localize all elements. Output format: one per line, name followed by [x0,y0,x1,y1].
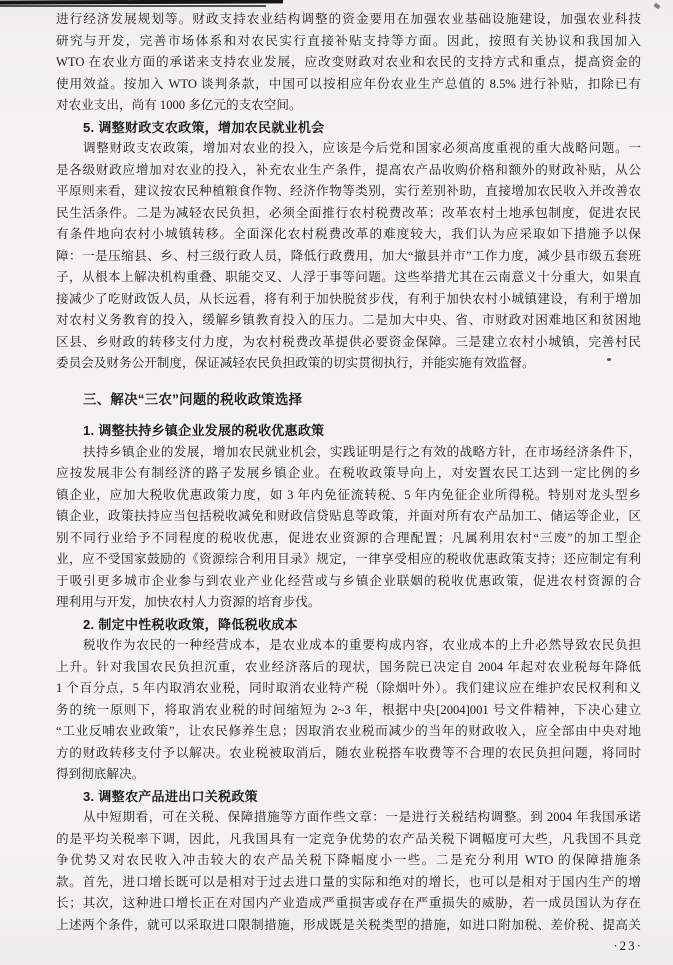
item-heading: 3. 调整农产品进出口关税政策 [56,786,641,808]
scan-artifact-top-line [0,0,283,4]
text-line: WTO 在农业方面的承诺来支持农业发展，应改变财政对农业和农民的支持方式和重点，… [56,52,641,74]
text-line: 税收作为农民的一种经营成本，是农业成本的重要构成内容，农业成本的上升必然导致农民… [56,635,641,657]
text-line: 理利用与开发，加快农村人力资源的培育步伐。 [56,592,641,614]
page-number: ·23· [613,938,643,954]
text-line: 区县、乡财政的转移支付力度，为农村税费改革提供必要资金保障。三是建立农村小城镇，… [56,332,641,354]
text-line: 争优势又对农民收入冲击较大的农产品关税下降幅度小一些。二是充分利用 WTO 的保… [56,850,641,872]
text-line: 是各级财政应增加对农业的投入，补充农业生产条件，提高农产品收购价格和额外的财政补… [56,160,641,182]
text-line: 方的财政转移支付予以解决。农业税被取消后，随农业税搭车收费等不合理的农民负担问题… [56,743,641,765]
scan-artifact-top-line-secondary [0,5,266,7]
document-page: 进行经济发展规划等。财政支持农业结构调整的资金要用在加强农业基础设施建设，加强农… [0,0,673,965]
item-heading: 2. 制定中性税收政策，降低税收成本 [56,614,641,636]
text-line: 研究与开发，完善市场体系和对农民实行直接补贴支持等方面。因此，按照有关协议和我国… [56,31,641,53]
text-line: 于吸引更多城市企业参与到农业产业化经营或与乡镇企业联姻的税收优惠政策，促进农村资… [56,571,641,593]
text-line: 的是平均关税率下调，因此，凡我国具有一定竞争优势的农产品关税下调幅度可大些，凡我… [56,829,641,851]
text-line: 上述两个条件，就可以采取进口限制措施，形成既是关税类型的措施，如进口附加税、差价… [56,915,641,937]
text-line: 民生活条件。二是为减轻农民负担，必须全面推行农村税费改革；改革农村土地承包制度，… [56,203,641,225]
text-line: 委员会及财务公开制度，保证减轻农民负担政策的切实贯彻执行，并能实施有效监督。 [56,353,641,375]
text-line: 对农村义务教育的投入，缓解乡镇教育投入的压力。二是加大中央、省、市财政对困难地区… [56,310,641,332]
text-line: 得到彻底解决。 [56,764,641,786]
text-line: 有条件地向农村小城镇转移。全面深化农村税费改革的难度较大，我们认为应采取如下措施… [56,224,641,246]
text-line: 镇企业，应加大税收优惠政策力度，如 3 年内免征流转税、5 年内免征企业所得税。… [56,485,641,507]
text-line: 款。首先，进口增长既可以是相对于过去进口量的实际和绝对的增长，也可以是相对于国内… [56,872,641,894]
text-line: 子，从根本上解决机构重叠、职能交叉、人浮于事等问题。这些举措尤其在云南意义十分重… [56,267,641,289]
item-heading: 5. 调整财政支农政策，增加农民就业机会 [56,117,641,139]
para: 扶持乡镇企业的发展，增加农民就业机会，实践证明是行之有效的战略方针，在市场经济条… [56,442,641,614]
text-line: 长；其次，这种进口增长正在对国内产业造成严重损害或存在严重损失的威胁，若一成员国… [56,893,641,915]
item-heading: 1. 调整扶持乡镇企业发展的税收优惠政策 [56,420,641,442]
text-line: 应按发展非公有制经济的路子发展乡镇企业。在税收政策导向上，对安置农民工达到一定比… [56,463,641,485]
para: 税收作为农民的一种经营成本，是农业成本的重要构成内容，农业成本的上升必然导致农民… [56,635,641,786]
text-line: 接减少了吃财政饭人员，从长远看，将有利于加快脱贫步伐，有利于加快农村小城镇建设，… [56,289,641,311]
text-line: “工业反哺农业政策”，让农民修养生息；因取消农业税而减少的当年的财政收入，应全部… [56,721,641,743]
section-heading: 三、解决“三农”问题的税收政策选择 [56,389,641,411]
text-line: 调整财政支农政策，增加对农业的投入，应该是今后党和国家必须高度重视的重大战略问题… [56,138,641,160]
text-block: 进行经济发展规划等。财政支持农业结构调整的资金要用在加强农业基础设施建设，加强农… [56,9,641,936]
text-line: 进行经济发展规划等。财政支持农业结构调整的资金要用在加强农业基础设施建设，加强农… [56,9,641,31]
para-cont: 进行经济发展规划等。财政支持农业结构调整的资金要用在加强农业基础设施建设，加强农… [56,9,641,117]
text-line: 镇企业，政策扶持应当包括税收减免和财政信贷贴息等政策，并面对所有农产品加工、储运… [56,506,641,528]
text-line: 扶持乡镇企业的发展，增加农民就业机会，实践证明是行之有效的战略方针，在市场经济条… [56,442,641,464]
text-line: 务的统一原则下，将取消农业税的时间缩短为 2~3 年，根据中央[2004]001… [56,700,641,722]
text-line: 从中短期看，可在关税、保障措施等方面作些文章：一是进行关税结构调整。到 2004… [56,807,641,829]
text-line: 使用效益。按加入 WTO 谈判条款，中国可以按相应年份农业生产总值的 8.5% … [56,74,641,96]
para: 从中短期看，可在关税、保障措施等方面作些文章：一是进行关税结构调整。到 2004… [56,807,641,936]
text-line: 平原则来看，建议按农民种植粮食作物、经济作物等类别，实行差别补助，直接增加农民收… [56,181,641,203]
text-line: 障：一是压缩县、乡、村三级行政人员，降低行政费用，加大“撤县并市”工作力度，减少… [56,246,641,268]
text-line: 业，应不受国家鼓励的《资源综合利用目录》规定，一律享受相应的税收优惠政策支持；还… [56,549,641,571]
text-line: 对农业支出，尚有 1000 多亿元的支农空间。 [56,95,641,117]
text-line: 1 个百分点，5 年内取消农业税，同时取消农业特产税（除烟叶外）。我们建议应在维… [56,678,641,700]
para: 调整财政支农政策，增加对农业的投入，应该是今后党和国家必须高度重视的重大战略问题… [56,138,641,375]
text-line: 别不同行业给予不同程度的税收优惠，促进农业资源的合理配置；凡属利用农村“三废”的… [56,528,641,550]
scan-artifact-speck [653,3,660,10]
text-line: 上升。针对我国农民负担沉重，农业经济落后的现状，国务院已决定自 2004 年起对… [56,657,641,679]
